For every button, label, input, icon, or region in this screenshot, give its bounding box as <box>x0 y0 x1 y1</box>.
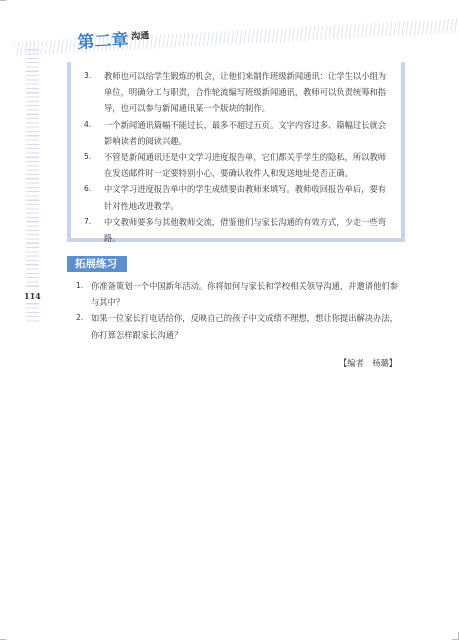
item-text: 如果一位家长打电话给你，反映自己的孩子中文成绩不理想，想让你提出解决办法，你打算… <box>91 310 401 342</box>
item-number: 2. <box>76 310 91 342</box>
list-item: 5.不管是新闻通讯还是中文学习进度报告单，它们都关乎学生的隐私，所以教师在发送邮… <box>84 149 394 181</box>
item-text: 不管是新闻通讯还是中文学习进度报告单，它们都关乎学生的隐私，所以教师在发送邮件时… <box>104 149 394 181</box>
item-text: 中文教师要多与其他教师交流，借鉴他们与家长沟通的有效方式，少走一些弯路。 <box>104 214 394 246</box>
tips-list: 3.教师也可以给学生锻炼的机会，让他们来制作班级新闻通讯：让学生以小组为单位，明… <box>84 68 394 246</box>
editor-credit: 【编者 杨璐】 <box>339 357 397 369</box>
list-item: 2.如果一位家长打电话给你，反映自己的孩子中文成绩不理想，想让你提出解决办法，你… <box>76 310 401 342</box>
chapter-heading: 第二章沟通 <box>77 24 150 53</box>
item-number: 3. <box>84 68 104 117</box>
item-number: 6. <box>84 181 104 213</box>
item-text: 你准备策划一个中国新年活动。你将如何与家长和学校相关领导沟通，并邀请他们参与其中… <box>91 278 401 310</box>
list-item: 3.教师也可以给学生锻炼的机会，让他们来制作班级新闻通讯：让学生以小组为单位，明… <box>84 68 394 117</box>
list-item: 1.你准备策划一个中国新年活动。你将如何与家长和学校相关领导沟通，并邀请他们参与… <box>76 278 401 310</box>
list-item: 7.中文教师要多与其他教师交流，借鉴他们与家长沟通的有效方式，少走一些弯路。 <box>84 214 394 246</box>
margin-rule-decoration <box>26 300 39 324</box>
item-text: 一个新闻通讯篇幅不能过长，最多不超过五页。文字内容过多、篇幅过长就会影响读者的阅… <box>104 117 394 149</box>
chapter-number: 第二章 <box>77 30 129 53</box>
item-number: 7. <box>84 214 104 246</box>
item-number: 5. <box>84 149 104 181</box>
item-number: 4. <box>84 117 104 149</box>
chapter-title: 沟通 <box>131 31 150 42</box>
exercise-list: 1.你准备策划一个中国新年活动。你将如何与家长和学校相关领导沟通，并邀请他们参与… <box>76 278 401 343</box>
list-item: 4.一个新闻通讯篇幅不能过长，最多不超过五页。文字内容过多、篇幅过长就会影响读者… <box>84 117 394 149</box>
margin-rule-decoration <box>26 46 39 289</box>
item-text: 中文学习进度报告单中的学生成绩要由教师来填写。教师收回报告单后，要有针对性地改进… <box>104 181 394 213</box>
item-number: 1. <box>76 278 91 310</box>
item-text: 教师也可以给学生锻炼的机会，让他们来制作班级新闻通讯：让学生以小组为单位，明确分… <box>104 68 394 117</box>
page-header: 第二章沟通 <box>0 0 459 60</box>
section-heading-extension: 拓展练习 <box>67 256 127 272</box>
list-item: 6.中文学习进度报告单中的学生成绩要由教师来填写。教师收回报告单后，要有针对性地… <box>84 181 394 213</box>
